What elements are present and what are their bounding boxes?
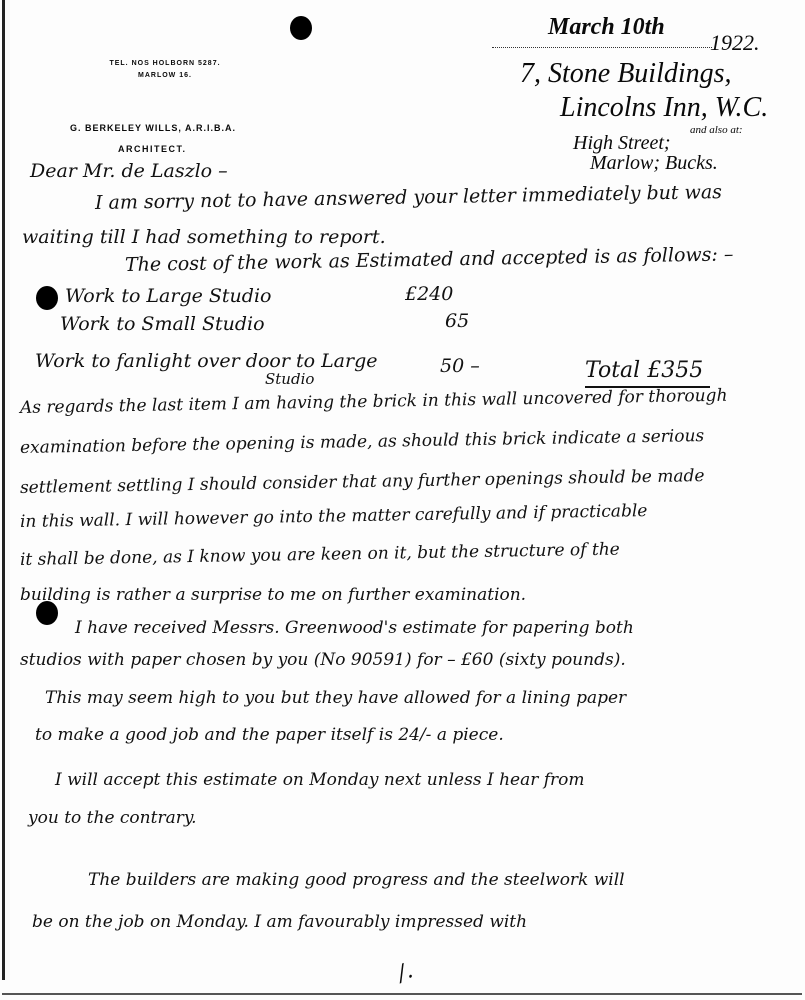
- cost-item-label-cont: Studio: [265, 370, 314, 388]
- page-edge-left: [2, 0, 5, 980]
- letter-line: As regards the last item I am having the…: [20, 386, 728, 418]
- letter-line: The builders are making good progress an…: [88, 870, 625, 890]
- salutation: Dear Mr. de Laszlo –: [30, 160, 228, 182]
- cost-item-label: Work to Large Studio: [65, 285, 271, 307]
- cost-item-amount: £240: [405, 283, 453, 305]
- address-line-2: Lincolns Inn, W.C.: [560, 92, 768, 124]
- cost-item-amount: 50 –: [440, 355, 480, 377]
- letter-line: I have received Messrs. Greenwood's esti…: [75, 618, 634, 638]
- telephone-numbers: TEL. NOS HOLBORN 5287. MARLOW 16.: [100, 58, 230, 82]
- date-rule: [492, 47, 712, 48]
- letter-line: building is rather a surprise to me on f…: [20, 585, 526, 605]
- letter-line: you to the contrary.: [28, 808, 197, 828]
- letter-line: it shall be done, as I know you are keen…: [20, 540, 620, 570]
- letter-line: settlement settling I should consider th…: [20, 466, 705, 498]
- cost-item-label: Work to fanlight over door to Large: [35, 350, 378, 372]
- cost-total: Total £355: [585, 358, 703, 383]
- address-line-1: 7, Stone Buildings,: [520, 58, 732, 90]
- letter-line: examination before the opening is made, …: [20, 426, 705, 458]
- punch-hole-top: [290, 16, 312, 40]
- address-also-at: and also at:: [690, 124, 743, 136]
- cost-item-label: Work to Small Studio: [60, 313, 265, 335]
- letter-line: be on the job on Monday. I am favourably…: [32, 912, 527, 932]
- telephone-line-2: MARLOW 16.: [100, 70, 230, 82]
- letter-page: TEL. NOS HOLBORN 5287. MARLOW 16. G. BER…: [0, 0, 805, 1000]
- letter-line: waiting till I had something to report.: [22, 226, 386, 248]
- letter-line: studios with paper chosen by you (No 905…: [20, 650, 626, 670]
- cost-item-amount: 65: [445, 310, 469, 332]
- telephone-line-1: TEL. NOS HOLBORN 5287.: [100, 58, 230, 70]
- punch-hole-middle: [36, 286, 58, 310]
- address-line-4: Marlow; Bucks.: [590, 152, 718, 175]
- letter-line: in this wall. I will however go into the…: [20, 501, 648, 532]
- letter-line: I am sorry not to have answered your let…: [95, 181, 722, 214]
- page-edge-bottom: [2, 993, 802, 995]
- architect-title: ARCHITECT.: [118, 144, 187, 154]
- letter-line: The cost of the work as Estimated and ac…: [125, 243, 734, 276]
- letter-line: This may seem high to you but they have …: [45, 688, 626, 708]
- letter-line: to make a good job and the paper itself …: [35, 725, 504, 745]
- date-day-month: March 10th: [548, 14, 665, 41]
- architect-name: G. BERKELEY WILLS, A.R.I.B.A.: [70, 123, 236, 133]
- page-continuation-mark: /.: [394, 958, 416, 986]
- date-year: 1922.: [710, 30, 760, 56]
- letter-line: I will accept this estimate on Monday ne…: [55, 770, 585, 790]
